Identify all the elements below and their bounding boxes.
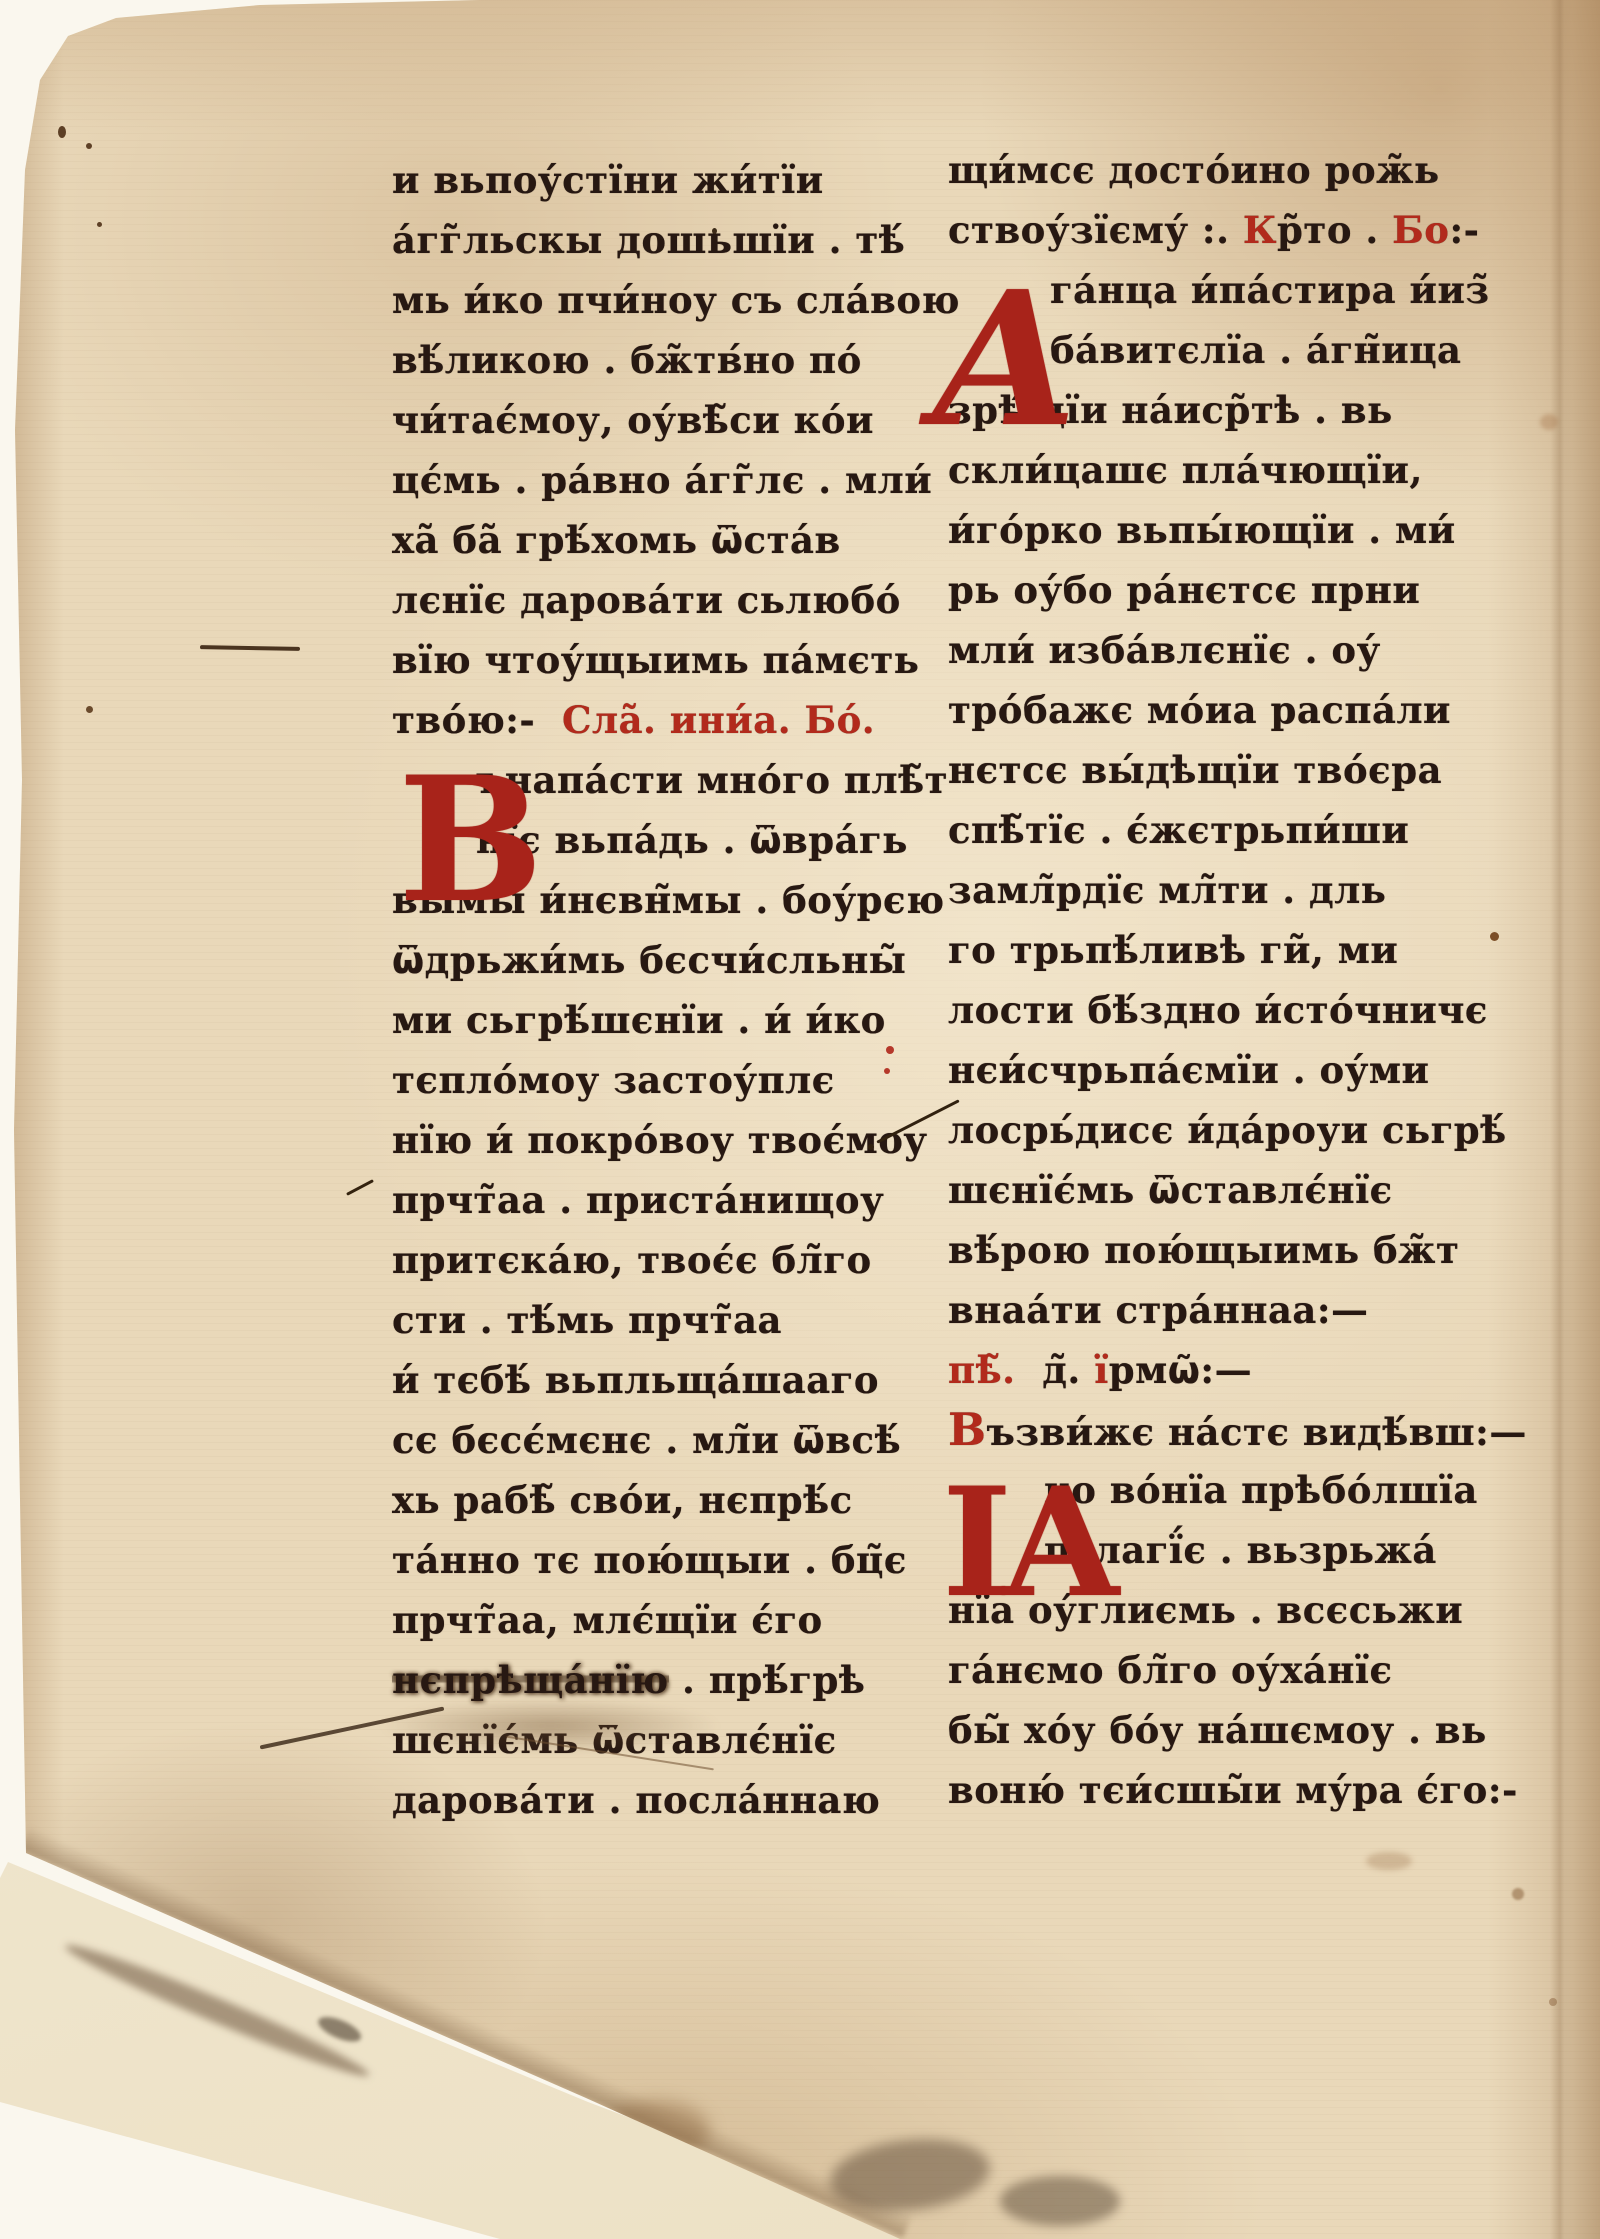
text-line: чи́тає́моу, оу́вѣ̃си ко́и	[392, 390, 960, 450]
red-offset-dot	[886, 1046, 894, 1054]
line-segment: нїю и́ покро́воу твоє́моу	[392, 1118, 928, 1162]
text-line: цє́мь . ра́вно а́гг̃лє . мли́	[392, 450, 960, 510]
line-segment: ствоу́зїєму́ :.	[948, 208, 1243, 252]
text-line-with-initial: Възви́жє на́стє видѣ́вш:—	[948, 1400, 1527, 1460]
text-line: лєнїє дарова́ти сьлюбо́	[392, 570, 960, 630]
faint-smudge	[1366, 1852, 1412, 1870]
text-column-left: и вьпоу́стїни жи́тїи а́гг̃льскы дошьшїи …	[392, 150, 960, 1830]
line-segment: шєнїє́мь ѿставлє́нїє	[948, 1168, 1393, 1212]
line-segment: сє бєсє́мєнє . мл̃и ѿвсѣ́	[392, 1418, 901, 1462]
line-segment: рь оу́бо ра́нєтсє прни	[948, 568, 1420, 612]
line-segment: вїю чтоу́щыимь па́мєть	[392, 638, 919, 682]
line-segment: прчт̃аа . приста́нищоу	[392, 1178, 884, 1222]
line-segment: ба́витєлїа . а́гн̃ица	[1050, 328, 1462, 372]
line-segment: а́гг̃льскы дошьшїи . тѣ́	[392, 218, 905, 262]
brown-spot	[1512, 1888, 1524, 1900]
line-segment: воню́ тєи́сшы̃и му́ра є́го:-	[948, 1768, 1518, 1812]
line-segment: внаа́ти стра́ннаа:—	[948, 1288, 1369, 1332]
text-line: ха̃ ба̃ грѣ́хомь ѿста́в	[392, 510, 960, 570]
line-segment: рмѡ̃:—	[1109, 1348, 1252, 1392]
line-segment: нєтсє вы́дѣщїи тво́єра	[948, 748, 1442, 792]
text-line: ми сьгрѣ́шєнїи . и́ и́ко	[392, 990, 960, 1050]
line-segment: и́го́рко вьпы́ющїи . ми́	[948, 508, 1456, 552]
text-line: хь рабѣ̃ сво́и, нєпрѣ́с	[392, 1470, 960, 1530]
line-segment: го трьпѣ́ливѣ ги̃, ми	[948, 928, 1398, 972]
heading-line: пѣ̃. д̃. їрмѡ̃:—	[948, 1340, 1527, 1400]
text-line: лости бѣ́здно и́сто́чничє	[948, 980, 1527, 1040]
line-segment: сти . тѣ́мь прчт̃аа	[392, 1298, 782, 1342]
text-line: прчт̃аа, млє́щїи є́го	[392, 1590, 960, 1650]
text-line: пєлагї́є . вьзрьжа́	[1044, 1520, 1527, 1580]
line-segment: тро́бажє мо́иа распа́ли	[948, 688, 1451, 732]
line-segment: хь рабѣ̃ сво́и, нєпрѣ́с	[392, 1478, 853, 1522]
text-line: а́гг̃льскы дошьшїи . тѣ́	[392, 210, 960, 270]
line-segment: . прѣ́грѣ	[669, 1658, 866, 1702]
line-segment: мли́ изба́влєнїє . оу́	[948, 628, 1381, 672]
line-segment: д̃.	[1029, 1348, 1094, 1392]
line-segment: вѣ́ликою . бж̃тв́но по́	[392, 338, 862, 382]
rubric-segment: Сла̃. ини́а. Бо́.	[562, 698, 875, 742]
line-segment: прчт̃аа, млє́щїи є́го	[392, 1598, 823, 1642]
faint-stain	[1540, 414, 1558, 430]
text-line: го трьпѣ́ливѣ ги̃, ми	[948, 920, 1527, 980]
line-segment: ха̃ ба̃ грѣ́хомь ѿста́в	[392, 518, 841, 562]
drop-cap-ia: ІА	[942, 1472, 1110, 1615]
rubric-segment: пѣ̃.	[948, 1348, 1029, 1392]
line-segment: тєпло́моу застоу́плє	[392, 1058, 835, 1102]
line-segment: ми сьгрѣ́шєнїи . и́ и́ко	[392, 998, 886, 1042]
text-line: бы̃ хо́у бо́у на́шємоу . вь	[948, 1700, 1527, 1760]
text-line: га́нємо бл̃го оу́ха́нїє	[948, 1640, 1527, 1700]
text-line: внаа́ти стра́ннаа:—	[948, 1280, 1527, 1340]
red-offset-dot	[884, 1068, 890, 1074]
text-line: шєнїє́мь ѿставлє́нїє	[948, 1160, 1527, 1220]
text-line: нєи́счрьпа́ємїи . оу́ми	[948, 1040, 1527, 1100]
line-segment: чи́тає́моу, оу́вѣ̃си ко́и	[392, 398, 874, 442]
brown-spot	[1490, 932, 1499, 941]
line-segment: щи́мсє досто́ино рож̃ь	[948, 148, 1440, 192]
line-segment: р̃то .	[1277, 208, 1392, 252]
ink-smear	[380, 1698, 720, 1754]
text-line: и вьпоу́стїни жи́тїи	[392, 150, 960, 210]
text-line: мь и́ко пчи́ноу съ сла́вою	[392, 270, 960, 330]
text-line: воню́ тєи́сшы̃и му́ра є́го:-	[948, 1760, 1527, 1820]
line-segment: лости бѣ́здно и́сто́чничє	[948, 988, 1488, 1032]
text-line: щи́мсє досто́ино рож̃ь	[948, 140, 1527, 200]
page-fold-shadow	[1550, 0, 1572, 2239]
text-line: нєтсє вы́дѣщїи тво́єра	[948, 740, 1527, 800]
brown-spot	[1549, 1998, 1557, 2006]
line-segment: га́нца и́па́стира и́из̃	[1050, 268, 1490, 312]
line-segment: нєи́счрьпа́ємїи . оу́ми	[948, 1048, 1429, 1092]
text-line: рь оу́бо ра́нєтсє прни	[948, 560, 1527, 620]
insertion-caret-dot	[868, 1144, 874, 1150]
text-line: га́нца и́па́стира и́из̃	[1050, 260, 1527, 320]
text-line: и́го́рко вьпы́ющїи . ми́	[948, 500, 1527, 560]
line-segment: спѣ̃тїє . є́жєтрьпи́ши	[948, 808, 1409, 852]
line-segment: замл̃рдїє мл̃ти . дль	[948, 868, 1386, 912]
text-line: замл̃рдїє мл̃ти . дль	[948, 860, 1527, 920]
manuscript-page: и вьпоу́стїни жи́тїи а́гг̃льскы дошьшїи …	[0, 0, 1600, 2239]
line-segment: и вьпоу́стїни жи́тїи	[392, 158, 824, 202]
drop-cap-v: В	[398, 758, 543, 921]
text-line: сти . тѣ́мь прчт̃аа	[392, 1290, 960, 1350]
rubric-segment: Бо	[1392, 208, 1449, 252]
line-segment: мь и́ко пчи́ноу съ сла́вою	[392, 278, 960, 322]
text-line: ънапа́сти мно́го плѣ̃т	[476, 750, 960, 810]
line-segment: ънапа́сти мно́го плѣ̃т	[476, 758, 948, 802]
text-line: вѣ́ликою . бж̃тв́но по́	[392, 330, 960, 390]
text-line: мли́ изба́влєнїє . оу́	[948, 620, 1527, 680]
text-line: и́ тєбѣ́ вьпльща́шааго	[392, 1350, 960, 1410]
line-segment: и́ тєбѣ́ вьпльща́шааго	[392, 1358, 879, 1402]
line-segment: лєнїє дарова́ти сьлюбо́	[392, 578, 901, 622]
line-segment: бы̃ хо́у бо́у на́шємоу . вь	[948, 1708, 1487, 1752]
text-line: притєка́ю, твоє́є бл̃го	[392, 1230, 960, 1290]
rubric-segment: ї	[1094, 1348, 1109, 1392]
line-segment: притєка́ю, твоє́є бл̃го	[392, 1238, 872, 1282]
smudged-word: нєпрѣща́нїю	[392, 1658, 669, 1702]
text-line: сє бєсє́мєнє . мл̃и ѿвсѣ́	[392, 1410, 960, 1470]
drop-cap-a: А	[930, 272, 1081, 448]
text-line: нїю и́ покро́воу твоє́моу	[392, 1110, 960, 1170]
line-segment: га́нємо бл̃го оу́ха́нїє	[948, 1648, 1393, 1692]
text-line: тро́бажє мо́иа распа́ли	[948, 680, 1527, 740]
line-segment: тво́ю:-	[392, 698, 562, 742]
ink-speck	[86, 143, 92, 149]
text-line: ба́витєлїа . а́гн̃ица	[1050, 320, 1527, 380]
text-line: нїє вьпа́дь . ѿвра́гь	[476, 810, 960, 870]
ink-speck	[712, 228, 717, 234]
ink-dash	[200, 645, 300, 651]
text-line: прчт̃аа . приста́нищоу	[392, 1170, 960, 1230]
text-line: лосрь́дисє и́да́роуи сьгрѣ́	[948, 1100, 1527, 1160]
small-initial-v: В	[948, 1403, 987, 1456]
text-line: спѣ̃тїє . є́жєтрьпи́ши	[948, 800, 1527, 860]
dirt-smudge	[1000, 2176, 1120, 2226]
margin-caret	[346, 1179, 374, 1196]
scan-background: и вьпоу́стїни жи́тїи а́гг̃льскы дошьшїи …	[0, 0, 1600, 2239]
line-segment: :-	[1449, 208, 1479, 252]
ink-speck	[97, 222, 102, 227]
text-line: вѣ́рою пою́щыимь бж̃т	[948, 1220, 1527, 1280]
text-line: ко во́нїа прѣбо́лшїа	[1044, 1460, 1527, 1520]
line-segment: ъзви́жє на́стє видѣ́вш:—	[987, 1410, 1527, 1454]
ink-speck	[86, 706, 93, 713]
text-line: дарова́ти . посла́ннаю	[392, 1770, 960, 1830]
text-line: тєпло́моу застоу́плє	[392, 1050, 960, 1110]
line-segment: лосрь́дисє и́да́роуи сьгрѣ́	[948, 1108, 1507, 1152]
line-segment: ѿдрьжи́мь бєсчи́сльны̃	[392, 938, 906, 982]
line-segment: та́нно тє пою́щыи . бц̃є	[392, 1538, 907, 1582]
text-line: та́нно тє пою́щыи . бц̃є	[392, 1530, 960, 1590]
line-segment: дарова́ти . посла́ннаю	[392, 1778, 880, 1822]
ink-speck	[58, 126, 66, 138]
line-segment: цє́мь . ра́вно а́гг̃лє . мли́	[392, 458, 932, 502]
rubric-segment: К	[1243, 208, 1277, 252]
text-line: вїю чтоу́щыимь па́мєть	[392, 630, 960, 690]
line-segment: вѣ́рою пою́щыимь бж̃т	[948, 1228, 1459, 1272]
